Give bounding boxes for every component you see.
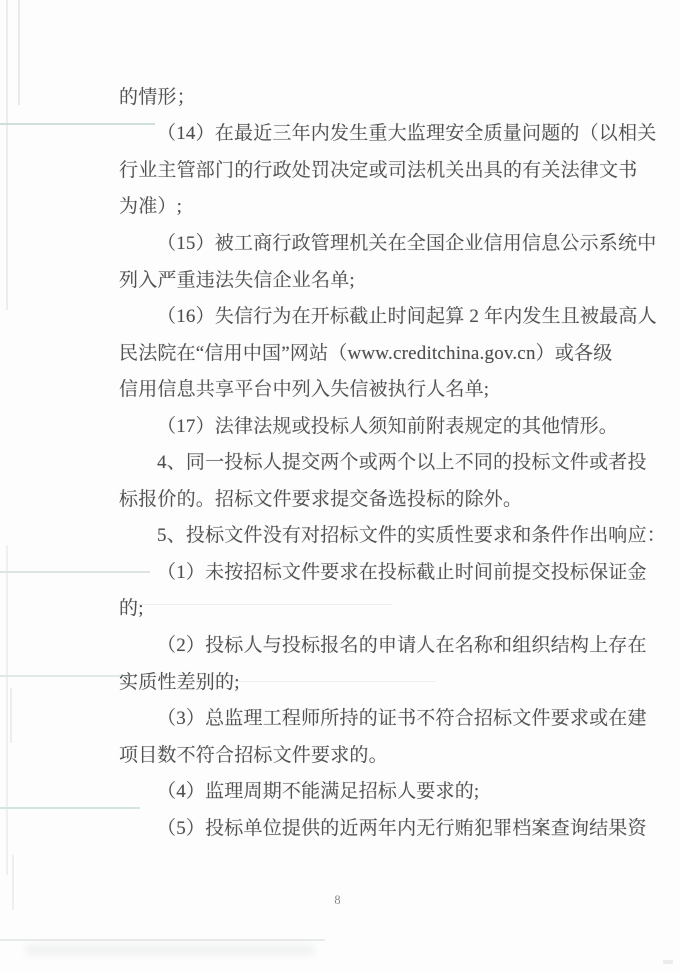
text-line: 标报价的。招标文件要求提交备选投标的除外。 (119, 479, 659, 516)
text-line: （2）投标人与投标报名的申请人在名称和组织结构上存在 (119, 625, 659, 662)
text-line: （16）失信行为在开标截止时间起算 2 年内发生且被最高人 (119, 296, 659, 333)
scan-artifact-vertical-line (6, 0, 8, 310)
scan-artifact-vertical-line (6, 545, 8, 875)
text-line: 列入严重违法失信企业名单; (119, 260, 659, 297)
text-line: （4）监理周期不能满足招标人要求的; (119, 771, 659, 808)
page-number: 8 (300, 893, 375, 908)
scan-artifact-vertical-line (18, 0, 20, 105)
text-line: 的情形； (119, 77, 659, 114)
scan-artifact-horizontal-line (0, 675, 132, 677)
scan-artifact-vertical-line (10, 688, 12, 743)
text-line: 的; (119, 589, 659, 626)
scan-artifact-corner-mark (663, 960, 673, 964)
text-line: （17）法律法规或投标人须知前附表规定的其他情形。 (119, 406, 659, 443)
text-line: （1）未按招标文件要求在投标截止时间前提交投标保证金 (119, 552, 659, 589)
text-line: 5、投标文件没有对招标文件的实质性要求和条件作出响应： (119, 516, 659, 553)
scanned-document-page: 的情形； （14）在最近三年内发生重大监理安全质量问题的（以相关 行业主管部门的… (0, 0, 680, 972)
text-line: 项目数不符合招标文件要求的。 (119, 735, 659, 772)
text-line: （5）投标单位提供的近两年内无行贿犯罪档案查询结果资 (119, 808, 659, 845)
scan-artifact-vertical-line (12, 855, 14, 910)
scan-artifact-horizontal-line (0, 939, 325, 941)
text-line: 行业主管部门的行政处罚决定或司法机关出具的有关法律文书 (119, 150, 659, 187)
text-line: 信用信息共享平台中列入失信被执行人名单; (119, 369, 659, 406)
scan-artifact-smudge (25, 944, 315, 956)
document-text-block: 的情形； （14）在最近三年内发生重大监理安全质量问题的（以相关 行业主管部门的… (119, 77, 659, 844)
text-line: （3）总监理工程师所持的证书不符合招标文件要求或在建 (119, 698, 659, 735)
text-line: 实质性差别的; (119, 662, 659, 699)
text-line: 民法院在“信用中国”网站（www.creditchina.gov.cn）或各级 (119, 333, 659, 370)
text-line: 为准）; (119, 187, 659, 224)
text-line: （14）在最近三年内发生重大监理安全质量问题的（以相关 (119, 114, 659, 151)
text-line: 4、同一投标人提交两个或两个以上不同的投标文件或者投 (119, 442, 659, 479)
text-line: （15）被工商行政管理机关在全国企业信用信息公示系统中 (119, 223, 659, 260)
